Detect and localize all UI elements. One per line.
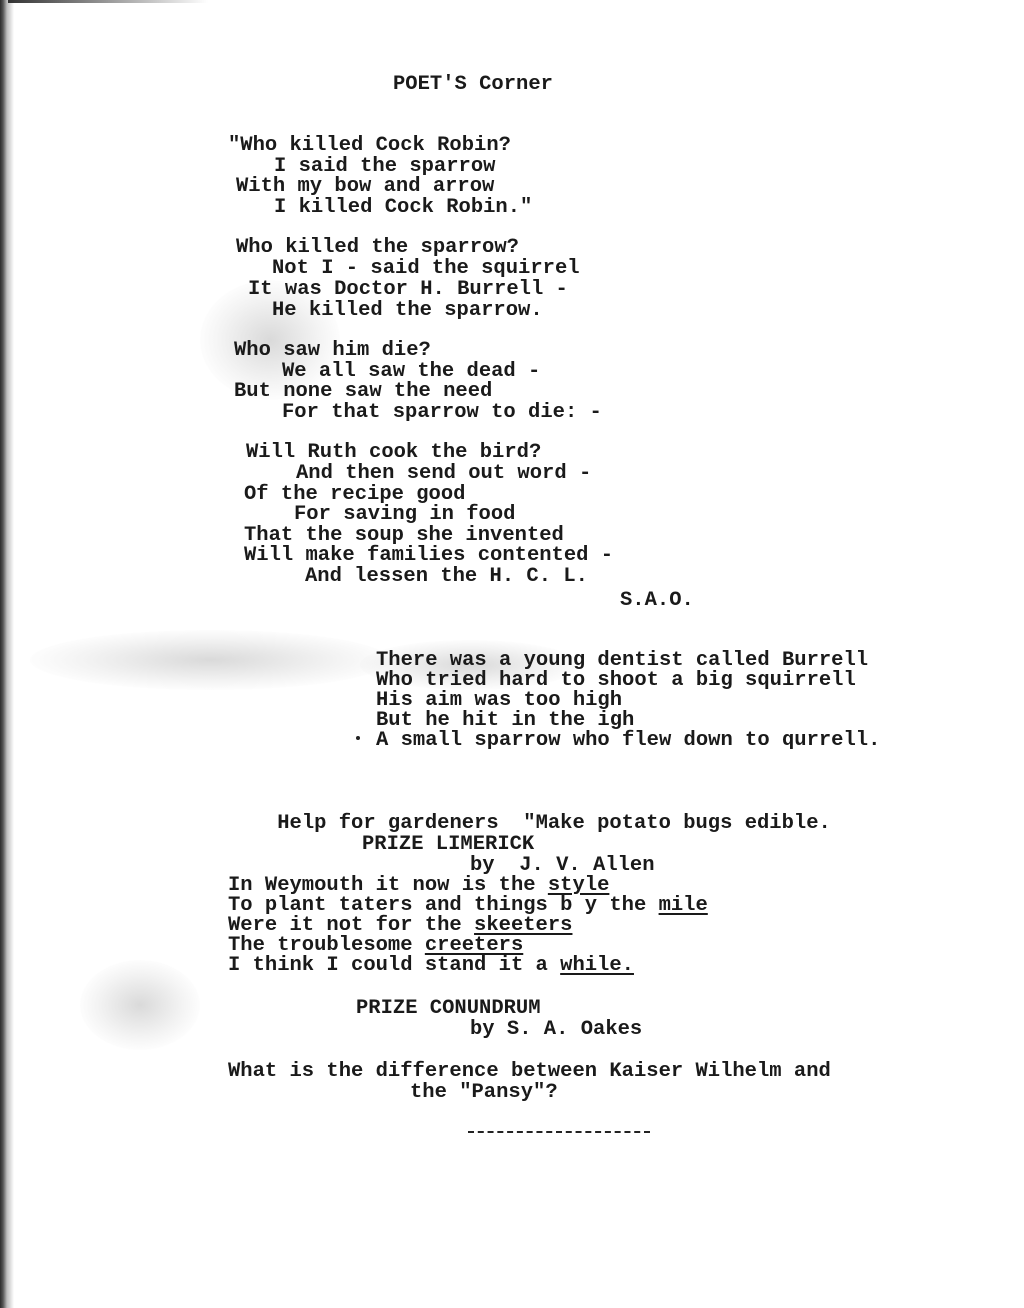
limerick-line: I think I could stand it a while.: [228, 955, 634, 976]
limerick-line: A small sparrow who flew down to qurrell…: [376, 730, 880, 751]
conundrum-question: What is the difference between Kaiser Wi…: [228, 1061, 831, 1082]
limerick-line: The troublesome creeters: [228, 935, 523, 956]
poem-line: I said the sparrow: [274, 156, 495, 177]
poem-line: He killed the sparrow.: [272, 300, 543, 321]
poem-line: But none saw the need: [234, 381, 492, 402]
limerick-line: Who tried hard to shoot a big squirrell: [376, 670, 856, 691]
prize-conundrum-byline: by S. A. Oakes: [470, 1019, 642, 1040]
poem-line: Who saw him die?: [234, 340, 431, 361]
limerick-line: Were it not for the skeeters: [228, 915, 572, 936]
poem-line: Of the recipe good: [244, 484, 465, 505]
prize-conundrum-heading: PRIZE CONUNDRUM: [356, 998, 541, 1019]
end-rule: [468, 1131, 650, 1133]
poem-line: That the soup she invented: [244, 525, 564, 546]
gardeners-text: "Make potato bugs edible.: [523, 812, 831, 835]
poem-signature: S.A.O.: [620, 590, 694, 611]
limerick-line: But he hit in the igh: [376, 710, 634, 731]
stray-mark: [356, 736, 360, 740]
prize-limerick-heading: PRIZE LIMERICK: [362, 834, 534, 855]
poem-line: For saving in food: [294, 504, 515, 525]
poem-line: I killed Cock Robin.": [274, 197, 532, 218]
poem-line: And lessen the H. C. L.: [305, 566, 588, 587]
limerick-line: In Weymouth it now is the style: [228, 875, 609, 896]
paper-left-edge: [0, 0, 14, 1308]
poem-line: It was Doctor H. Burrell -: [248, 279, 568, 300]
conundrum-question: the "Pansy"?: [410, 1082, 558, 1103]
poem-line: "Who killed Cock Robin?: [228, 135, 511, 156]
poem-line: And then send out word -: [296, 463, 591, 484]
limerick-line: To plant taters and things b y the mile: [228, 895, 708, 916]
page-title: POET'S Corner: [393, 74, 553, 95]
prize-limerick-byline: by J. V. Allen: [470, 855, 655, 876]
gardeners-label: Help for gardeners: [277, 812, 498, 835]
paper-top-edge: [8, 0, 208, 3]
poem-line: For that sparrow to die: -: [282, 402, 602, 423]
poem-line: Will Ruth cook the bird?: [246, 442, 541, 463]
poem-line: We all saw the dead -: [282, 361, 540, 382]
smudge: [80, 960, 200, 1050]
limerick-line: There was a young dentist called Burrell: [376, 650, 868, 671]
limerick-line: His aim was too high: [376, 690, 622, 711]
poem-line: Who killed the sparrow?: [236, 237, 519, 258]
poem-line: With my bow and arrow: [236, 176, 494, 197]
poem-line: Will make families contented -: [244, 545, 613, 566]
poem-line: Not I - said the squirrel: [272, 258, 580, 279]
smudge: [30, 630, 390, 690]
